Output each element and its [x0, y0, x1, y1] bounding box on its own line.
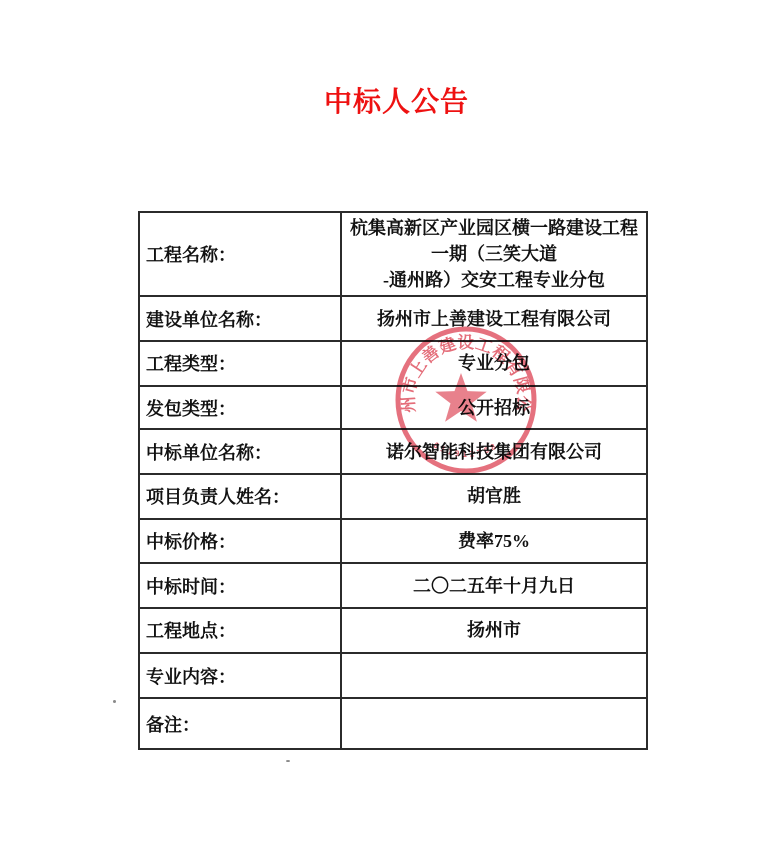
announcement-table: 工程名称： 杭集高新区产业园区横一路建设工程 一期（三笑大道 -通州路）交安工程… — [138, 211, 648, 750]
page-title: 中标人公告 — [0, 80, 771, 120]
row-label: 专业内容： — [140, 654, 342, 698]
row-value: 二〇二五年十月九日 — [342, 564, 646, 607]
row-label: 建设单位名称： — [140, 297, 342, 340]
row-label: 中标单位名称： — [140, 430, 342, 473]
table-row-manager-name: 项目负责人姓名： 胡官胜 — [140, 473, 646, 518]
row-label: 备注： — [140, 699, 342, 748]
table-row-winner-name: 中标单位名称： 诺尔智能科技集团有限公司 — [140, 428, 646, 473]
row-value: 费率75% — [342, 520, 646, 563]
row-value-line: 一期（三笑大道 — [431, 241, 557, 267]
row-value: 胡官胜 — [342, 475, 646, 518]
scan-speck — [286, 760, 290, 762]
row-value-line: -通州路）交安工程专业分包 — [383, 267, 605, 293]
row-value — [342, 654, 646, 698]
row-label: 工程类型： — [140, 342, 342, 385]
row-label: 项目负责人姓名： — [140, 475, 342, 518]
table-row-project-name: 工程名称： 杭集高新区产业园区横一路建设工程 一期（三笑大道 -通州路）交安工程… — [140, 213, 646, 295]
row-value: 诺尔智能科技集团有限公司 — [342, 430, 646, 473]
table-row-bid-price: 中标价格： 费率75% — [140, 518, 646, 563]
table-row-contract-type: 发包类型： 公开招标 — [140, 385, 646, 429]
row-value: 扬州市上善建设工程有限公司 — [342, 297, 646, 340]
table-row-specialty-content: 专业内容： — [140, 652, 646, 698]
table-row-bid-date: 中标时间： 二〇二五年十月九日 — [140, 562, 646, 607]
row-value: 专业分包 — [342, 342, 646, 385]
document-page: 中标人公告 工程名称： 杭集高新区产业园区横一路建设工程 一期（三笑大道 -通州… — [0, 0, 771, 847]
row-value: 杭集高新区产业园区横一路建设工程 一期（三笑大道 -通州路）交安工程专业分包 — [342, 213, 646, 295]
table-row-project-type: 工程类型： 专业分包 — [140, 340, 646, 385]
row-label: 工程名称： — [140, 213, 342, 295]
row-value: 扬州市 — [342, 609, 646, 652]
row-label: 中标时间： — [140, 564, 342, 607]
scan-speck — [113, 700, 116, 703]
table-row-owner-name: 建设单位名称： 扬州市上善建设工程有限公司 — [140, 295, 646, 340]
row-label: 中标价格： — [140, 520, 342, 563]
row-label: 发包类型： — [140, 387, 342, 429]
row-value: 公开招标 — [342, 387, 646, 429]
row-value-line: 杭集高新区产业园区横一路建设工程 — [350, 215, 638, 241]
row-value — [342, 699, 646, 748]
row-label: 工程地点： — [140, 609, 342, 652]
table-row-project-location: 工程地点： 扬州市 — [140, 607, 646, 652]
table-row-remarks: 备注： — [140, 697, 646, 748]
